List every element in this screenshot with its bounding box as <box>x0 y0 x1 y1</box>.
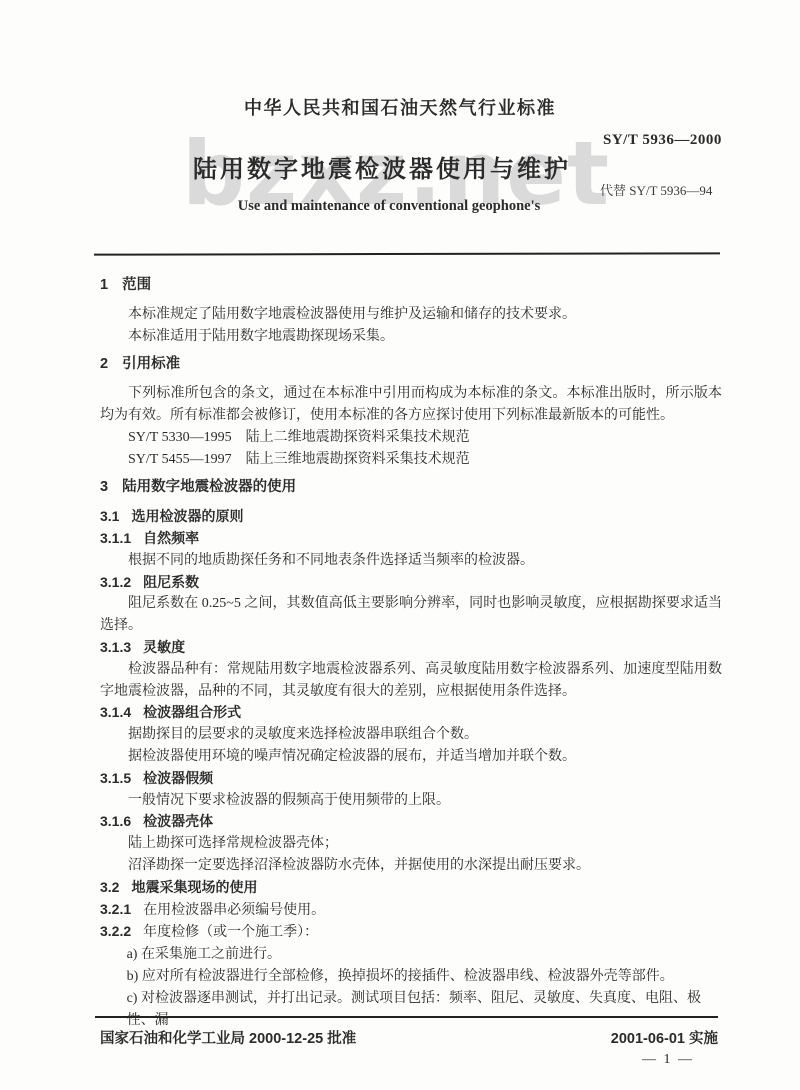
paragraph: 根据不同的地质勘探任务和不同地表条件选择适当频率的检波器。 <box>100 550 722 572</box>
paragraph: 据勘探目的层要求的灵敏度来选择检波器串联组合个数。 <box>100 724 722 746</box>
clause-line: 3.2.2年度检修（或一个施工季）： <box>100 921 722 944</box>
clause-title: 检波器组合形式 <box>143 704 241 720</box>
subsection-heading: 3.1.6检波器壳体 <box>100 811 722 833</box>
reference-item: SY/T 5330—1995 陆上二维地震勘探资料采集技术规范 <box>100 427 722 449</box>
list-item: a) 在采集施工之前进行。 <box>100 944 722 966</box>
document-page: bzxz.net 中华人民共和国石油天然气行业标准 SY/T 5936—2000… <box>0 0 800 1090</box>
clause-title: 陆用数字地震检波器的使用 <box>122 479 296 495</box>
clause-number: 3.2 <box>100 879 119 895</box>
subsection-heading: 3.1.3灵敏度 <box>100 637 722 659</box>
clause-number: 3.1 <box>100 508 119 524</box>
paragraph: 本标准适用于陆用数字地震勘探现场采集。 <box>100 326 722 348</box>
standard-code: SY/T 5936—2000 <box>603 132 722 149</box>
subsection-heading: 3.1选用检波器的原则 <box>100 506 722 528</box>
clause-number: 3 <box>100 479 108 495</box>
clause-number: 3.1.4 <box>100 704 131 720</box>
clause-title: 引用标准 <box>122 356 180 372</box>
clause-title: 自然频率 <box>143 530 199 546</box>
paragraph: 沼泽勘探一定要选择沼泽检波器防水壳体，并据使用的水深提出耐压要求。 <box>100 855 722 877</box>
section-heading-scope: 1范围 <box>100 275 722 297</box>
list-item: c) 对检波器逐串测试，并打出记录。测试项目包括：频率、阻尼、灵敏度、失真度、电… <box>100 988 722 1032</box>
clause-title: 灵敏度 <box>143 639 185 655</box>
clause-number: 2 <box>100 356 108 372</box>
clause-number: 3.2.2 <box>100 923 131 939</box>
paragraph: 下列标准所包含的条文，通过在本标准中引用而构成为本标准的条文。本标准出版时，所示… <box>100 383 722 427</box>
clause-title: 地震采集现场的使用 <box>131 879 257 895</box>
document-body: 1范围 本标准规定了陆用数字地震检波器使用与维护及运输和储存的技术要求。 本标准… <box>100 268 722 1031</box>
replaces-note: 代替 SY/T 5936—94 <box>600 180 712 199</box>
clause-line: 3.2.1在用检波器串必须编号使用。 <box>100 899 722 922</box>
subsection-heading: 3.1.5检波器假频 <box>100 768 722 790</box>
clause-title: 检波器假频 <box>143 770 213 786</box>
implementation-date: 2001-06-01 实施 <box>611 1027 718 1048</box>
section-heading-usage: 3陆用数字地震检波器的使用 <box>100 477 722 499</box>
paragraph: 陆上勘探可选择常规检波器壳体； <box>100 833 722 855</box>
clause-title: 检波器壳体 <box>143 813 213 829</box>
subsection-heading: 3.1.4检波器组合形式 <box>100 702 722 724</box>
document-title-cn: 陆用数字地震检波器使用与维护 <box>0 149 764 184</box>
page-number: — 1 — <box>642 1052 694 1068</box>
paragraph: 据检波器使用环境的噪声情况确定检波器的展布，并适当增加并联个数。 <box>100 746 722 768</box>
approval-note: 国家石油和化学工业局 2000-12-25 批准 <box>100 1027 356 1048</box>
clause-number: 3.1.2 <box>100 574 131 590</box>
paragraph: 本标准规定了陆用数字地震检波器使用与维护及运输和储存的技术要求。 <box>100 304 722 326</box>
clause-text: 在用检波器串必须编号使用。 <box>143 903 325 918</box>
clause-number: 3.1.6 <box>100 813 131 829</box>
document-title-en: Use and maintenance of conventional geop… <box>0 198 778 215</box>
clause-number: 3.2.1 <box>100 901 131 917</box>
paragraph: 检波器品种有：常规陆用数字地震检波器系列、高灵敏度陆用数字检波器系列、加速度型陆… <box>100 659 722 703</box>
clause-title: 范围 <box>122 277 151 293</box>
clause-title: 阻尼系数 <box>143 574 199 590</box>
clause-number: 1 <box>100 277 108 293</box>
paragraph: 一般情况下要求检波器的假频高于使用频带的上限。 <box>100 790 722 812</box>
subsection-heading: 3.1.1自然频率 <box>100 528 722 550</box>
list-item: b) 应对所有检波器进行全部检修，换掉损坏的接插件、检波器串线、检波器外壳等部件… <box>100 966 722 988</box>
section-heading-references: 2引用标准 <box>100 354 722 376</box>
clause-number: 3.1.5 <box>100 770 131 786</box>
standard-type-heading: 中华人民共和国石油天然气行业标准 <box>0 94 800 120</box>
clause-title: 选用检波器的原则 <box>131 508 243 524</box>
reference-item: SY/T 5455—1997 陆上三维地震勘探资料采集技术规范 <box>100 449 722 471</box>
clause-number: 3.1.1 <box>100 530 131 546</box>
header-divider <box>94 252 720 255</box>
paragraph: 阻尼系数在 0.25~5 之间，其数值高低主要影响分辨率，同时也影响灵敏度，应根… <box>100 593 722 637</box>
clause-number: 3.1.3 <box>100 639 131 655</box>
subsection-heading: 3.1.2阻尼系数 <box>100 572 722 594</box>
clause-text: 年度检修（或一个施工季）： <box>143 925 318 940</box>
subsection-heading: 3.2地震采集现场的使用 <box>100 877 722 899</box>
